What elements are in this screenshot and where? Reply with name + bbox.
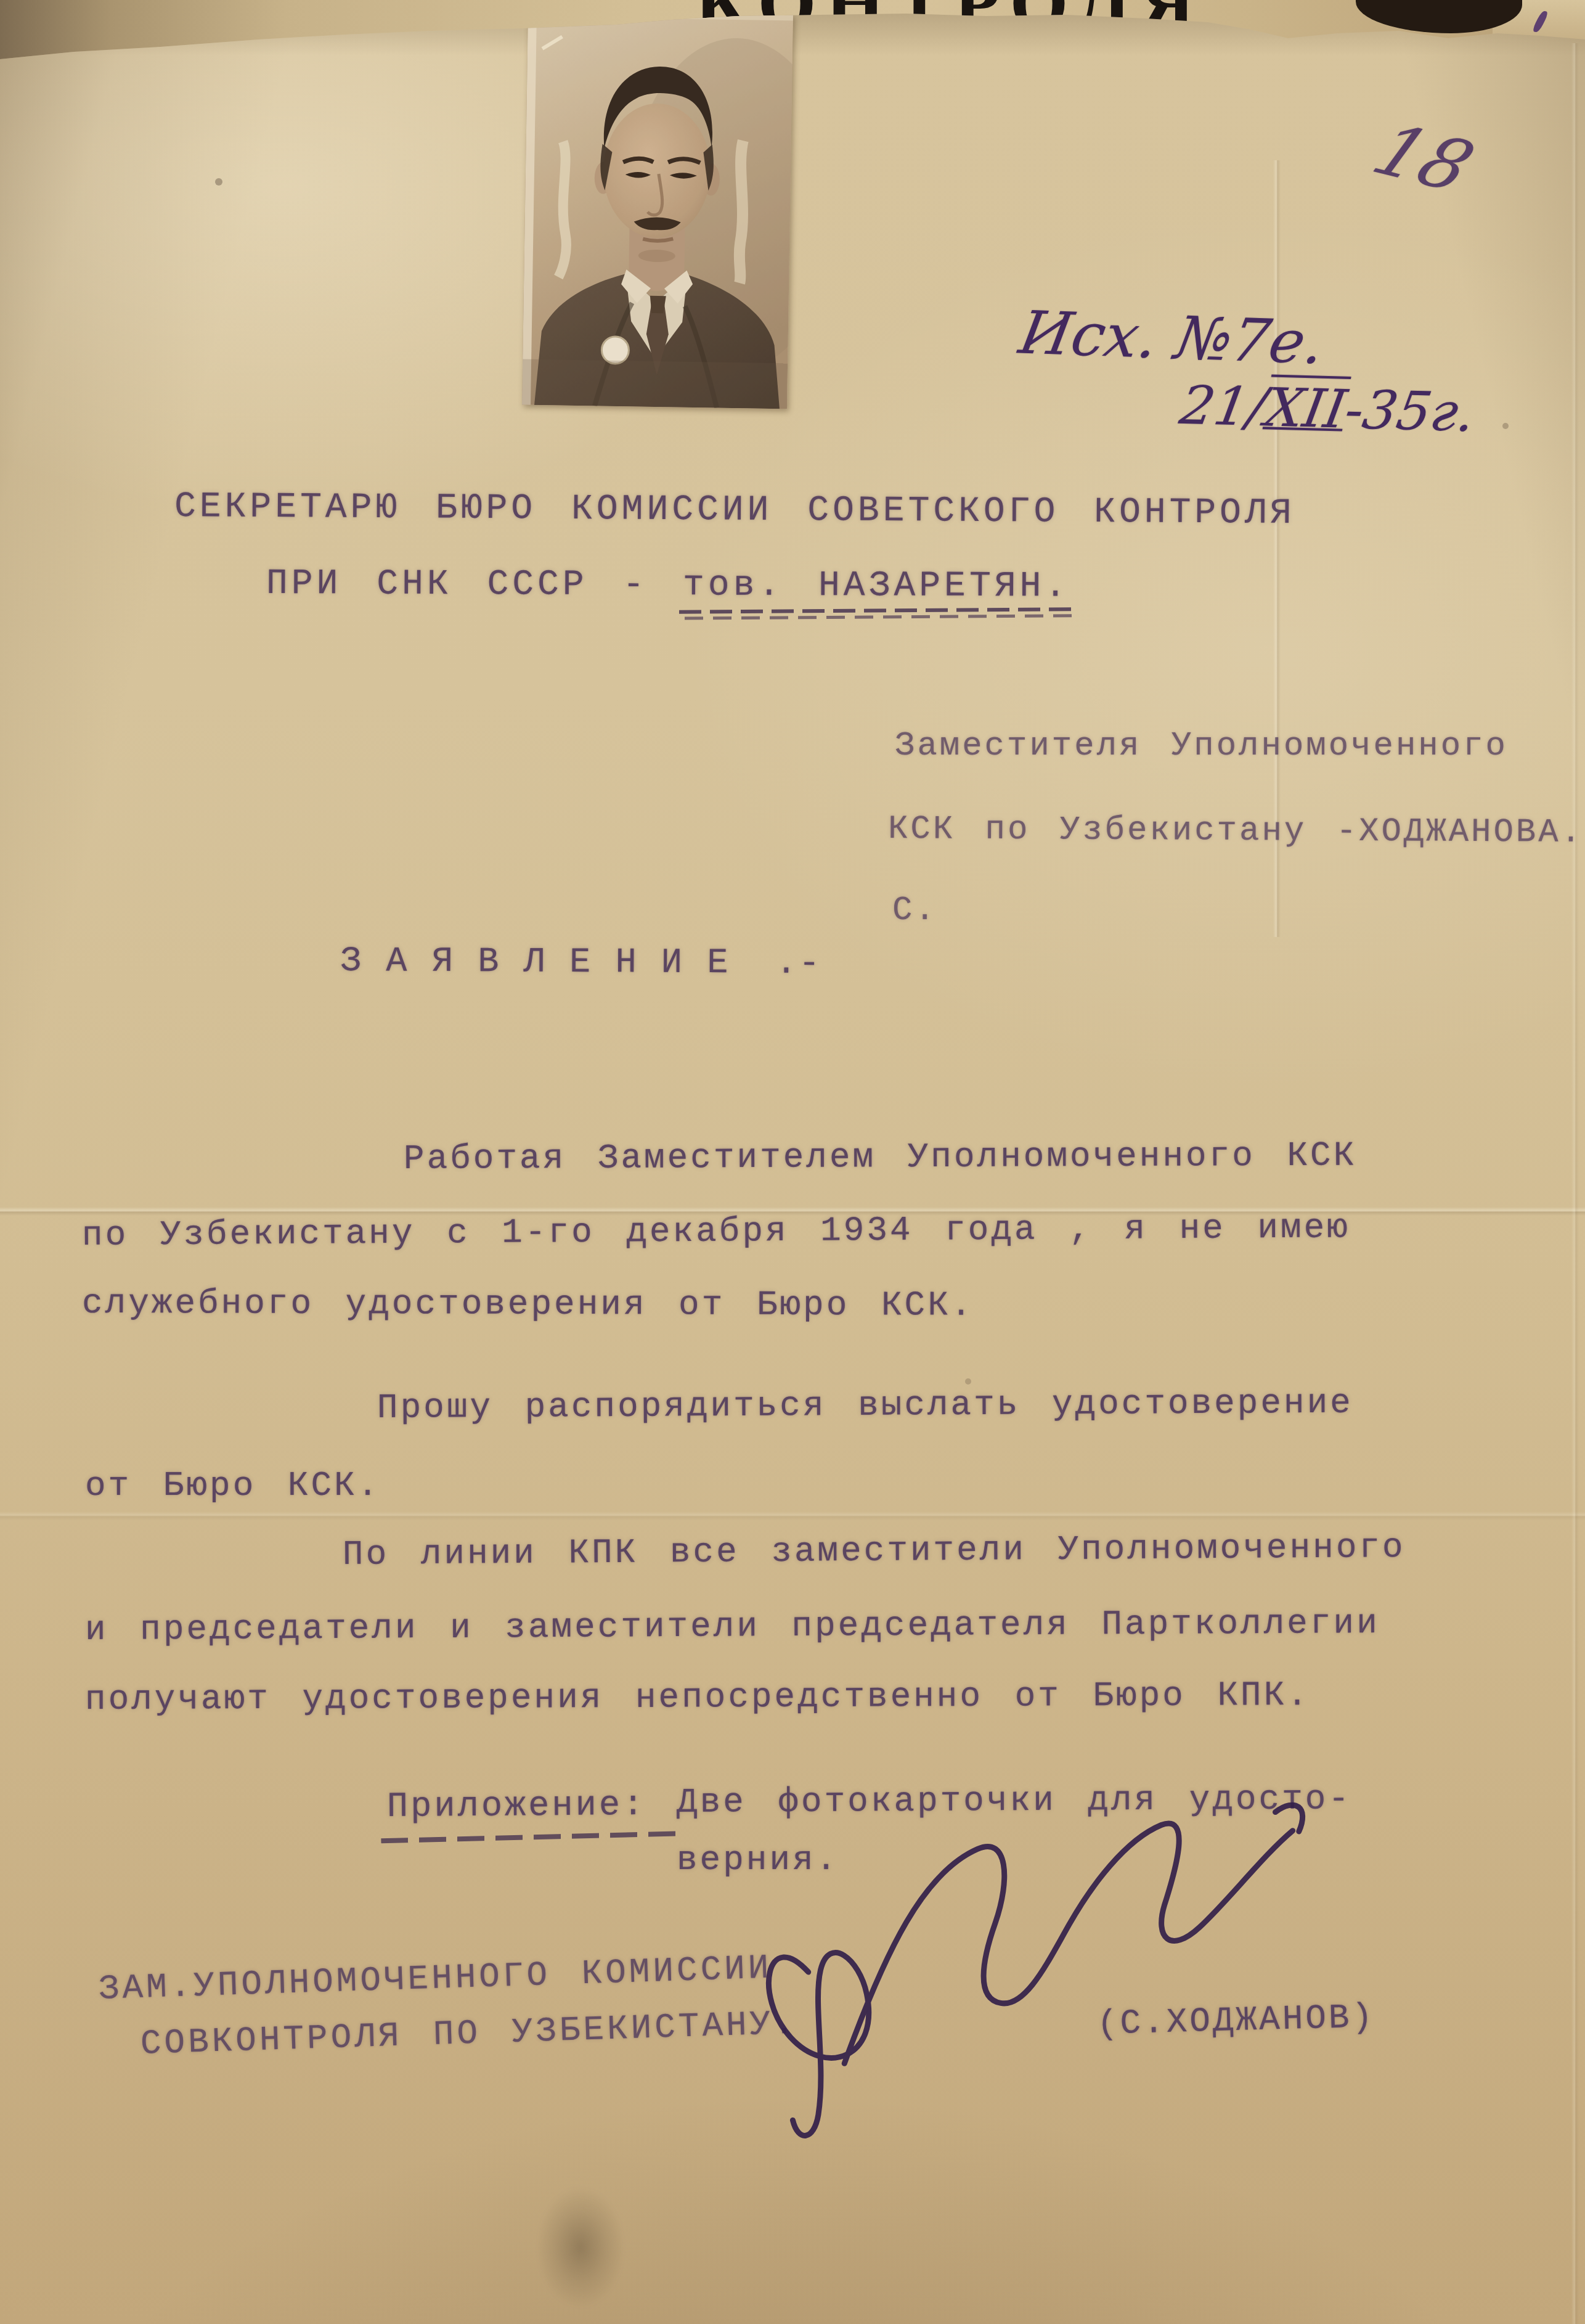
sepia-overlay	[522, 10, 793, 409]
sender-line-3: С.	[892, 892, 937, 930]
paragraph-1-line-2: по Узбекистану с 1-го декабря 1934 года …	[82, 1208, 1350, 1255]
recipient-line-2: ПРИ СНК СССР - тов. НАЗАРЕТЯН.	[266, 564, 1070, 607]
outgoing-number-handwritten: Исх. №7е.	[1014, 298, 1329, 378]
photo-bottom-shade	[522, 359, 788, 409]
recipient-name-underlined: тов. НАЗАРЕТЯН.	[683, 565, 1070, 607]
paragraph-2-line-1: Прошу распорядиться выслать удостоверени…	[377, 1383, 1353, 1428]
signoff-title-line-1: ЗАМ.УПОЛНОМОЧЕННОГО КОМИССИИ	[98, 1949, 772, 2009]
paragraph-3-line-1: По линии КПК все заместители Уполномочен…	[343, 1528, 1406, 1574]
portrait-photo	[522, 10, 793, 409]
paragraph-2-line-2: от Бюро КСК.	[85, 1466, 380, 1505]
sender-line-2: КСК по Узбекистану -ХОДЖАНОВА.	[888, 811, 1583, 852]
attachment-label-text: Приложение:	[387, 1786, 646, 1827]
date-handwritten: 21/XII-35г.	[1176, 375, 1480, 444]
paragraph-3-line-3: получают удостоверения непосредственно о…	[85, 1675, 1310, 1719]
paragraph-1-line-3: служебного удостоверения от Бюро КСК.	[82, 1283, 974, 1325]
edge-fold-crease	[1571, 43, 1579, 2324]
signoff-title-line-2: СОВКОНТРОЛЯ ПО УЗБЕКИСТАНУ.	[140, 2004, 798, 2064]
paper-stain	[528, 2175, 634, 2320]
portrait-photo-image	[522, 10, 793, 409]
recipient-line-2-prefix: ПРИ СНК СССР -	[266, 564, 683, 605]
paragraph-3-line-2: и председатели и заместители председател…	[85, 1603, 1380, 1650]
handwritten-signature	[715, 1769, 1361, 2163]
attachment-label: Приложение:	[387, 1786, 646, 1827]
date-roman-numeral: XII	[1261, 377, 1351, 441]
page-number-handwritten: 18	[1361, 110, 1486, 208]
paragraph-1-line-1: Работая Заместителем Уполномоченного КСК	[404, 1136, 1356, 1179]
sender-line-1: Заместителя Уполномоченного	[895, 727, 1508, 765]
date-year: -35г.	[1340, 379, 1480, 444]
letter-page: 18 Исх. №7е. 21/XII-35г. СЕКРЕТАРЮ БЮРО …	[0, 0, 1585, 2324]
horizontal-fold-crease	[0, 1512, 1585, 1520]
attachment-underline	[381, 1831, 677, 1844]
date-day: 21/	[1176, 375, 1271, 438]
recipient-line-1: СЕКРЕТАРЮ БЮРО КОМИССИИ СОВЕТСКОГО КОНТР…	[174, 487, 1295, 534]
document-title: З А Я В Л Е Н И Е .-	[340, 942, 822, 984]
